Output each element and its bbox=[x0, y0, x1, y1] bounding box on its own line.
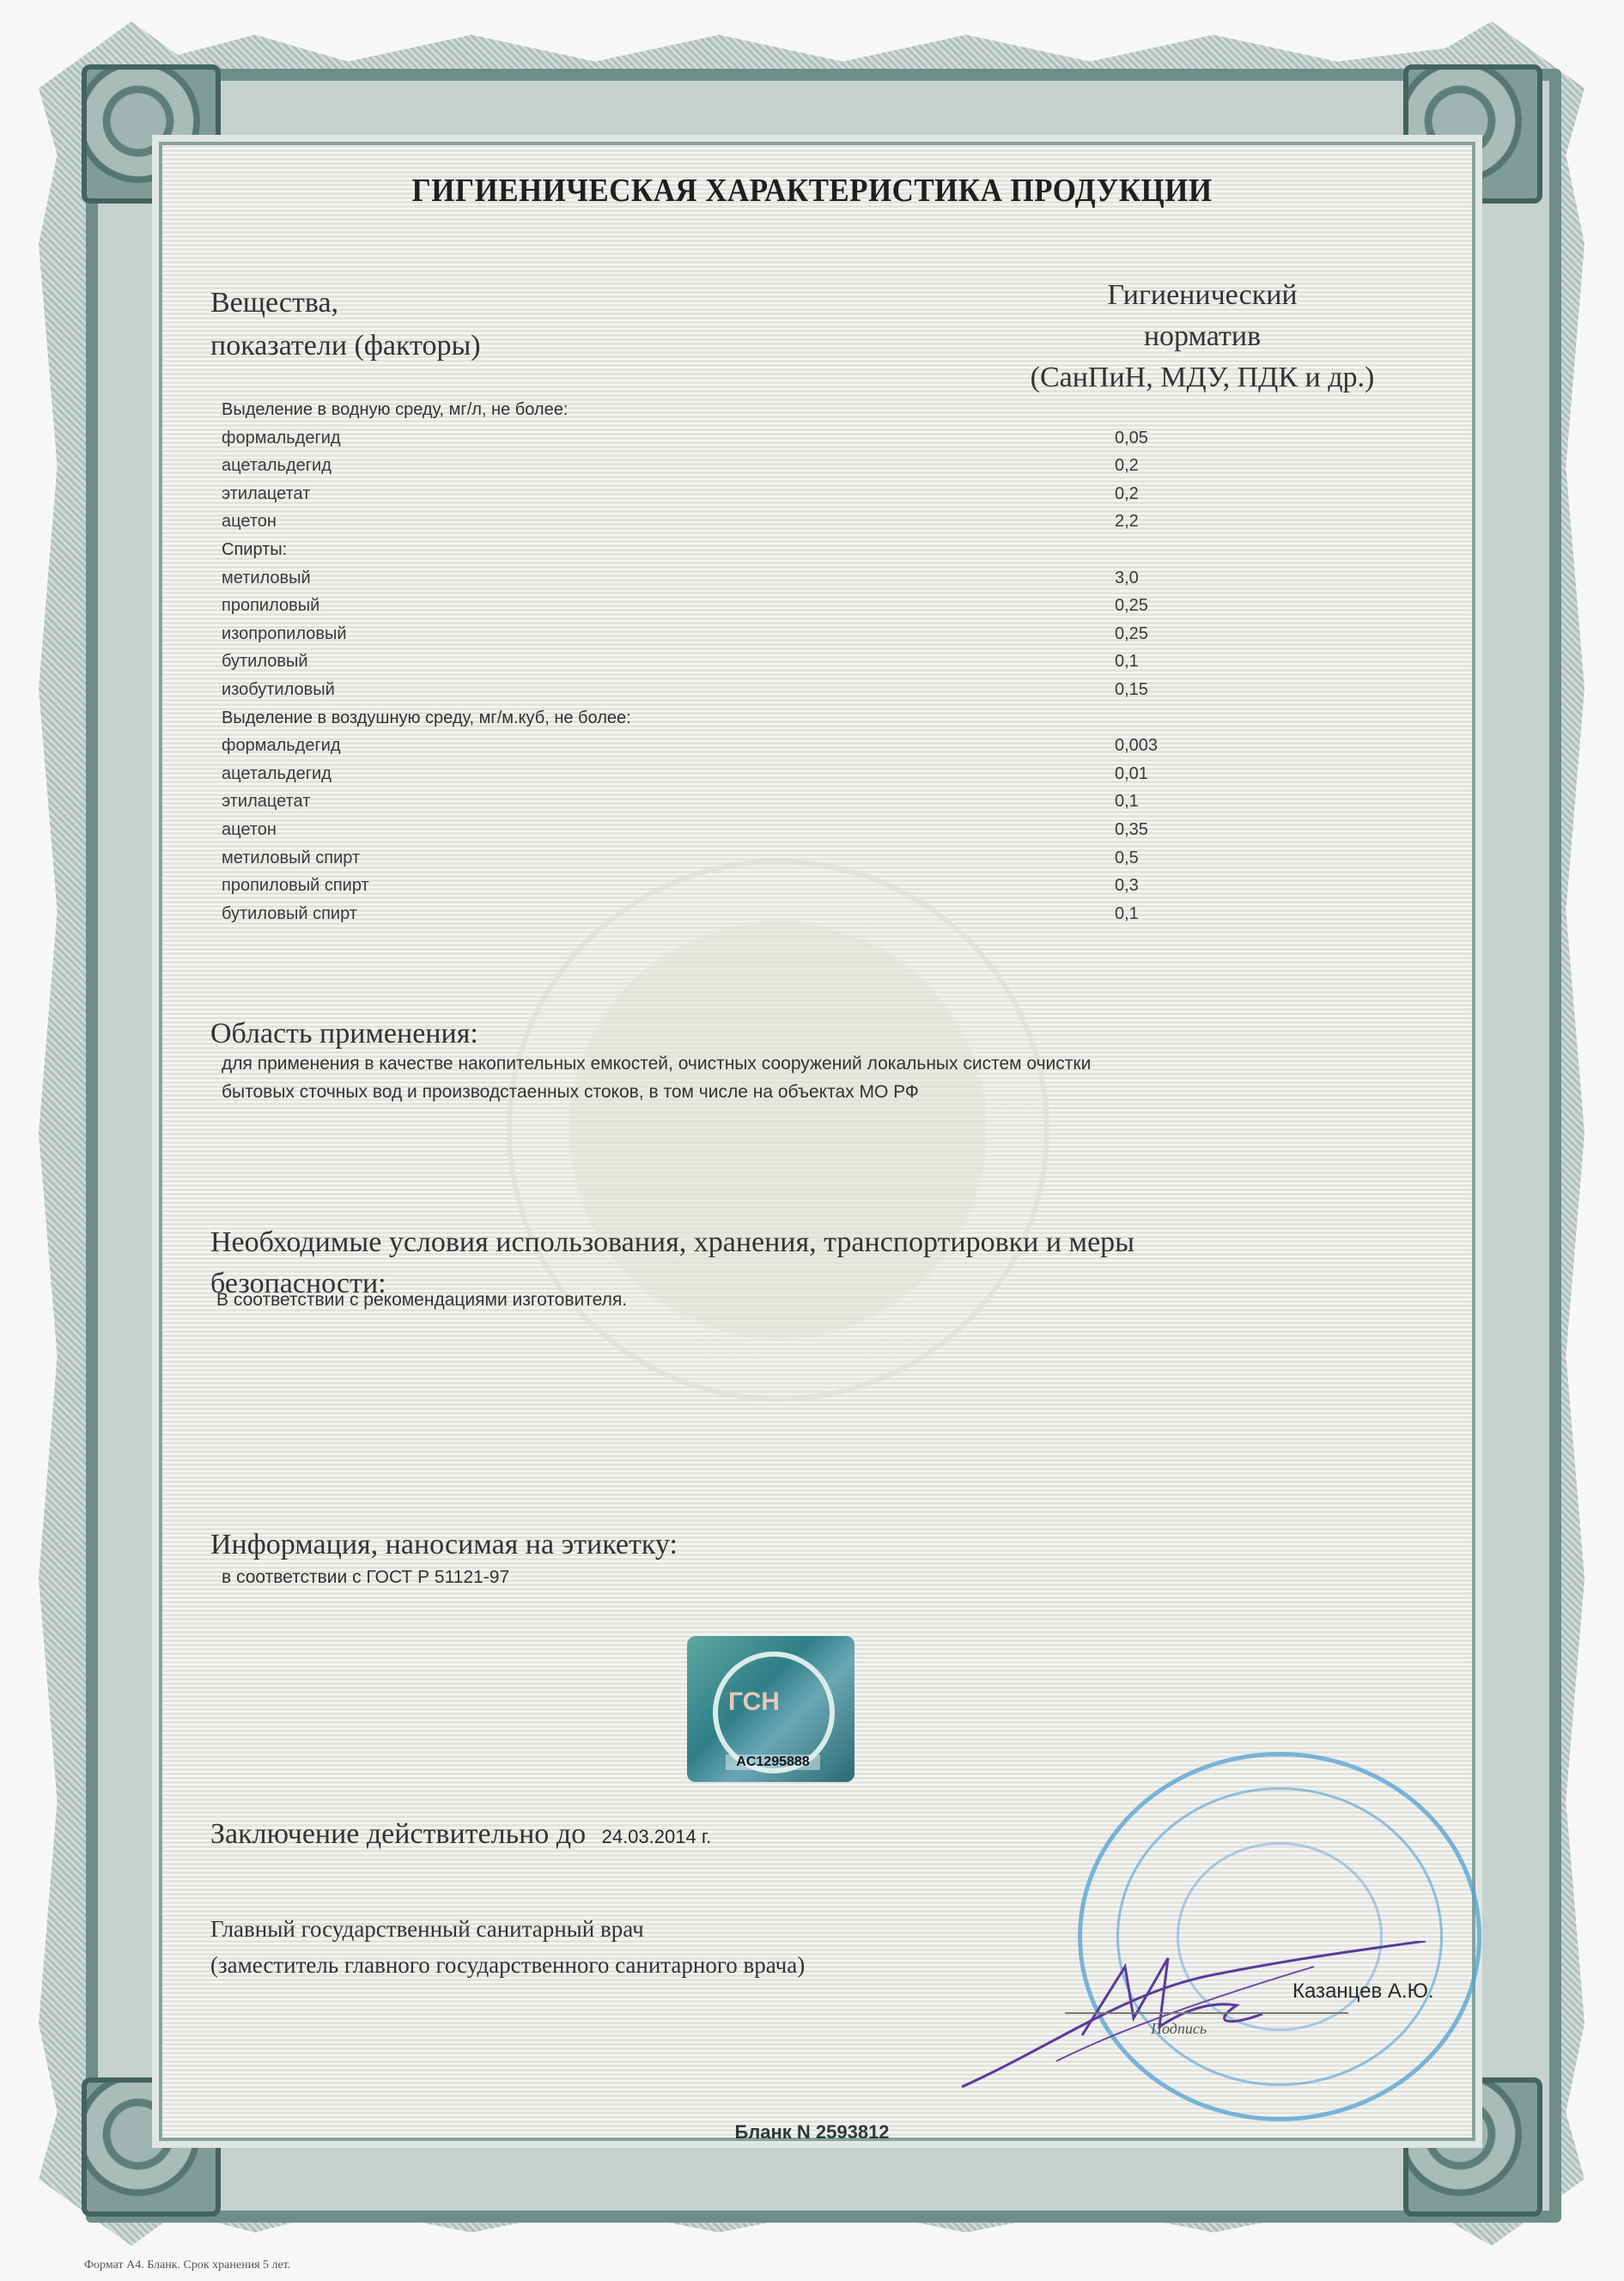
substance-name: Спирты: bbox=[222, 536, 287, 563]
label-info-heading: Информация, наносимая на этикетку: bbox=[210, 1529, 678, 1561]
substances-table: Выделение в водную среду, мг/л, не более… bbox=[222, 396, 1252, 928]
norm-value: 0,15 bbox=[1115, 676, 1148, 703]
scope-line: бытовых сточных вод и производстаенных с… bbox=[222, 1078, 1091, 1106]
table-row: метиловый спирт0,5 bbox=[222, 844, 1252, 873]
norm-column-header: Гигиенический норматив (СанПиН, МДУ, ПДК… bbox=[970, 275, 1434, 398]
norm-value: 0,05 bbox=[1115, 424, 1148, 452]
table-row: ацетальдегид0,2 bbox=[222, 452, 1252, 480]
scope-heading: Область применения: bbox=[210, 1018, 478, 1050]
substance-name: ацетальдегид bbox=[222, 452, 331, 479]
norm-value: 0,1 bbox=[1115, 900, 1139, 928]
substance-name: бутиловый спирт bbox=[222, 900, 357, 928]
norm-value: 0,25 bbox=[1115, 620, 1148, 648]
table-row: бутиловый0,1 bbox=[222, 648, 1252, 676]
substance-name: ацетальдегид bbox=[222, 760, 331, 788]
signatory-title-line: Главный государственный санитарный врач bbox=[210, 1911, 805, 1947]
substance-name: этилацетат bbox=[222, 788, 310, 815]
table-row: изопропиловый0,25 bbox=[222, 620, 1252, 648]
substances-column-header: Вещества, показатели (факторы) bbox=[210, 282, 481, 368]
norm-value: 0,35 bbox=[1115, 816, 1148, 843]
signatory-title: Главный государственный санитарный врач … bbox=[210, 1911, 805, 1983]
norm-value: 0,2 bbox=[1115, 480, 1139, 508]
emblem-watermark-icon bbox=[507, 859, 1049, 1402]
table-row: ацетальдегид0,01 bbox=[222, 760, 1252, 788]
header-line: (СанПиН, МДУ, ПДК и др.) bbox=[970, 357, 1434, 398]
norm-value: 0,2 bbox=[1115, 452, 1139, 479]
footer-note: Формат А4. Бланк. Срок хранения 5 лет. bbox=[84, 2259, 290, 2272]
conditions-heading: Необходимые условия использования, хране… bbox=[210, 1226, 1134, 1259]
norm-value: 0,003 bbox=[1115, 732, 1158, 759]
conditions-text: В соответствии с рекомендациями изготови… bbox=[216, 1286, 627, 1314]
substance-name: формальдегид bbox=[222, 732, 341, 759]
substance-name: ацетон bbox=[222, 508, 277, 535]
signature-line bbox=[1065, 2012, 1348, 2014]
table-section-header: Выделение в водную среду, мг/л, не более… bbox=[222, 396, 1252, 424]
substance-name: изобутиловый bbox=[222, 676, 335, 703]
norm-value: 0,01 bbox=[1115, 760, 1148, 788]
substance-name: метиловый bbox=[222, 564, 311, 592]
substance-name: пропиловый bbox=[222, 592, 319, 619]
norm-value: 3,0 bbox=[1115, 564, 1139, 592]
scope-line: для применения в качестве накопительных … bbox=[222, 1049, 1091, 1078]
norm-value: 0,5 bbox=[1115, 844, 1139, 872]
hologram-seal-icon: ГСН AC1295888 bbox=[687, 1636, 855, 1782]
substance-name: ацетон bbox=[222, 816, 277, 843]
signatory-name: Казанцев А.Ю. bbox=[1293, 1980, 1434, 2004]
hologram-serial: AC1295888 bbox=[726, 1755, 820, 1770]
validity-label: Заключение действительно до bbox=[210, 1818, 586, 1850]
substance-name: формальдегид bbox=[222, 424, 341, 452]
document-title: ГИГИЕНИЧЕСКАЯ ХАРАКТЕРИСТИКА ПРОДУКЦИИ bbox=[65, 172, 1560, 210]
table-row: ацетон2,2 bbox=[222, 508, 1252, 536]
substance-name: метиловый спирт bbox=[222, 844, 360, 872]
norm-value: 0,1 bbox=[1115, 788, 1139, 815]
signature-caption: Подпись bbox=[1151, 2020, 1207, 2038]
header-line: показатели (факторы) bbox=[210, 325, 481, 368]
substance-name: изопропиловый bbox=[222, 620, 347, 648]
table-section-header: Спирты: bbox=[222, 536, 1252, 564]
signature-icon bbox=[953, 1941, 1434, 2095]
table-row: метиловый3,0 bbox=[222, 564, 1252, 593]
norm-value: 0,1 bbox=[1115, 648, 1139, 675]
norm-value: 2,2 bbox=[1115, 508, 1139, 535]
substance-name: бутиловый bbox=[222, 648, 308, 675]
table-row: пропиловый0,25 bbox=[222, 592, 1252, 620]
norm-value: 0,3 bbox=[1115, 872, 1139, 899]
table-row: изобутиловый0,15 bbox=[222, 676, 1252, 704]
table-row: ацетон0,35 bbox=[222, 816, 1252, 844]
header-line: норматив bbox=[970, 316, 1434, 357]
validity-date: 24.03.2014 г. bbox=[602, 1826, 712, 1847]
table-row: бутиловый спирт0,1 bbox=[222, 900, 1252, 928]
table-row: пропиловый спирт0,3 bbox=[222, 872, 1252, 900]
validity: Заключение действительно до 24.03.2014 г… bbox=[210, 1818, 711, 1851]
norm-value: 0,25 bbox=[1115, 592, 1148, 619]
table-section-header: Выделение в воздушную среду, мг/м.куб, н… bbox=[222, 704, 1252, 733]
blank-number: Бланк N 2593812 bbox=[0, 2121, 1624, 2144]
table-row: формальдегид0,003 bbox=[222, 732, 1252, 760]
scope-text: для применения в качестве накопительных … bbox=[222, 1049, 1091, 1106]
header-line: Гигиенический bbox=[970, 275, 1434, 316]
substance-name: этилацетат bbox=[222, 480, 310, 508]
signatory-title-line: (заместитель главного государственного с… bbox=[210, 1947, 805, 1983]
substance-name: Выделение в воздушную среду, мг/м.куб, н… bbox=[222, 704, 631, 732]
hologram-mark: ГСН bbox=[728, 1688, 780, 1717]
substance-name: Выделение в водную среду, мг/л, не более… bbox=[222, 396, 568, 423]
label-info-text: в соответствии с ГОСТ Р 51121-97 bbox=[222, 1563, 509, 1591]
table-row: этилацетат0,2 bbox=[222, 480, 1252, 508]
table-row: формальдегид0,05 bbox=[222, 424, 1252, 453]
header-line: Вещества, bbox=[210, 282, 481, 325]
table-row: этилацетат0,1 bbox=[222, 788, 1252, 816]
substance-name: пропиловый спирт bbox=[222, 872, 369, 899]
